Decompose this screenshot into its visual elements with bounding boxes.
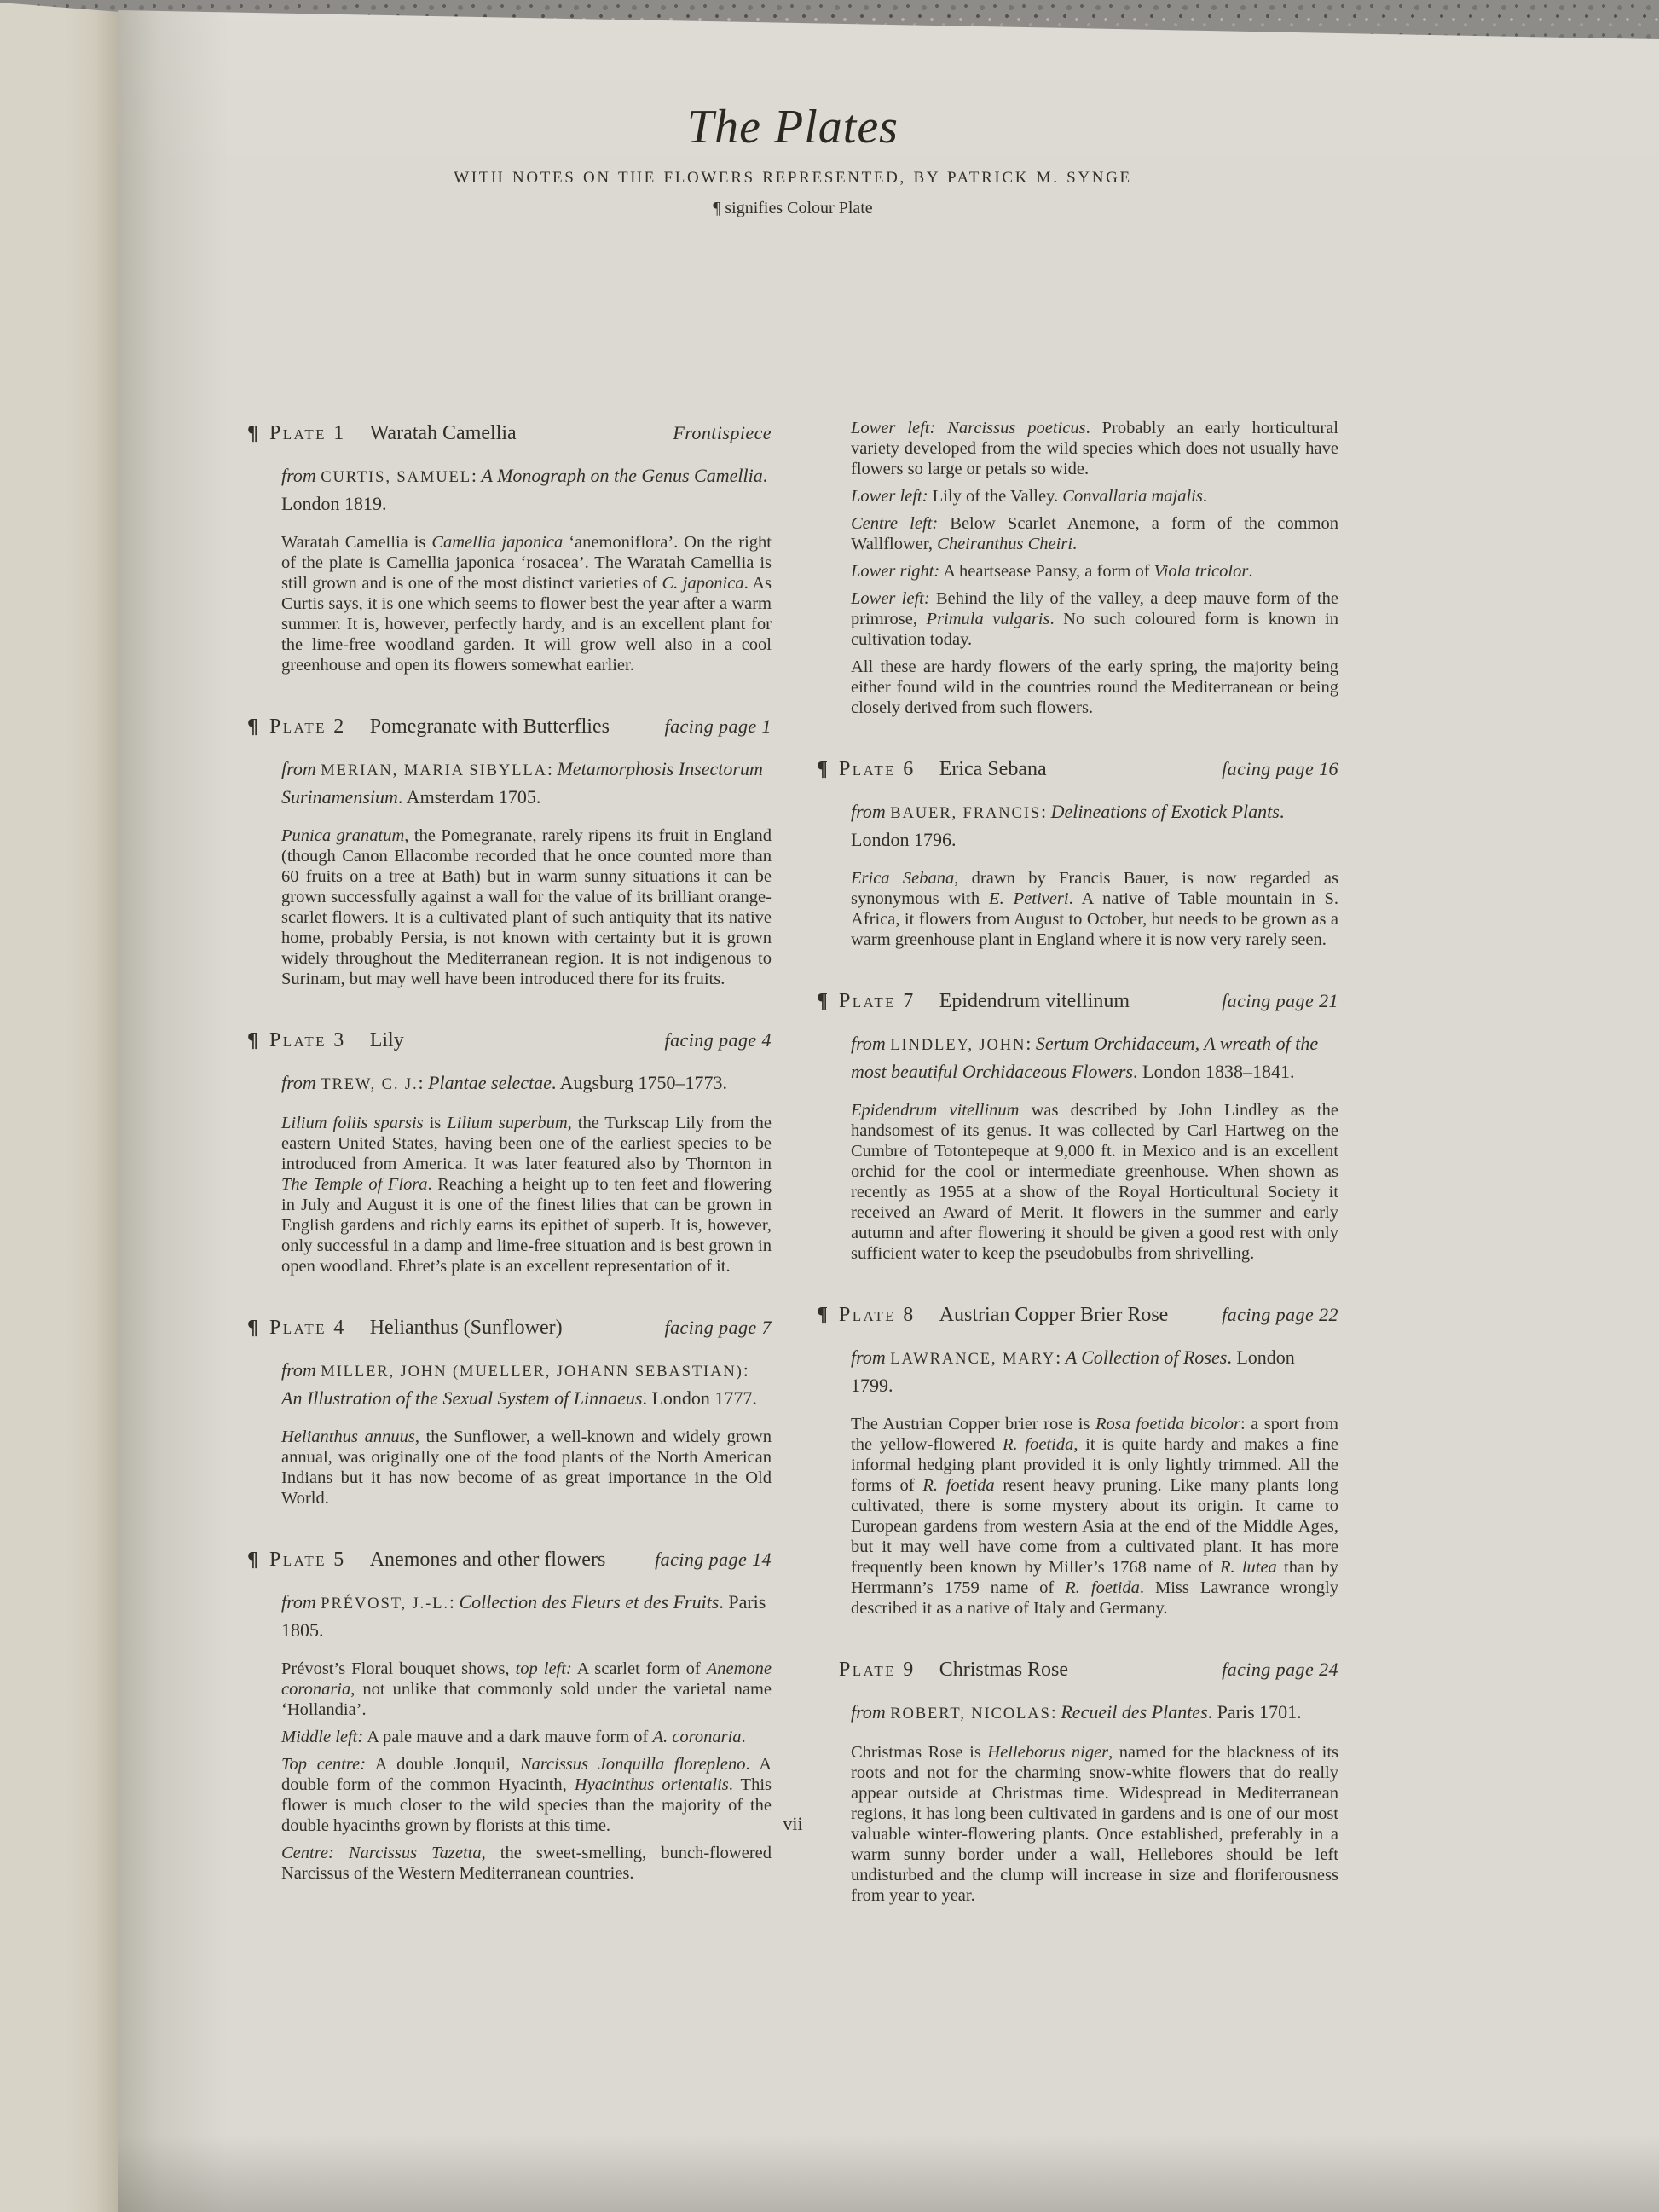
- plate-facing-page: facing page 22: [1222, 1303, 1338, 1327]
- plate-body: Prévost’s Floral bouquet shows, top left…: [281, 1659, 772, 1884]
- book-photo: The Plates WITH NOTES ON THE FLOWERS REP…: [0, 0, 1659, 2212]
- plate-number: Plate 5: [269, 1548, 346, 1572]
- plate-title: Erica Sebana: [939, 757, 1047, 781]
- plate-facing-page: facing page 24: [1222, 1658, 1338, 1682]
- plate-source: from LINDLEY, JOHN: Sertum Orchidaceum, …: [851, 1030, 1338, 1085]
- plate-paragraph: Epidendrum vitellinum was described by J…: [851, 1100, 1338, 1264]
- plate-heading: ¶ Plate 7 Epidendrum vitellinum facing p…: [817, 989, 1338, 1013]
- plate-columns: ¶ Plate 1 Waratah Camellia Frontispiece …: [247, 402, 1338, 1906]
- plate-paragraph: Lower left: Narcissus poeticus. Probably…: [851, 418, 1338, 479]
- plate-facing-page: facing page 7: [665, 1316, 772, 1340]
- plate-heading: ¶ Plate 6 Erica Sebana facing page 16: [817, 757, 1338, 781]
- plate-heading: Plate 9 Christmas Rose facing page 24: [817, 1658, 1338, 1682]
- plate-5-continuation: Lower left: Narcissus poeticus. Probably…: [817, 418, 1338, 718]
- plate-body: Epidendrum vitellinum was described by J…: [851, 1100, 1338, 1264]
- plate-title: Lily: [370, 1028, 404, 1052]
- plate-title: Anemones and other flowers: [370, 1548, 606, 1572]
- plate-paragraph: Waratah Camellia is Camellia japonica ‘a…: [281, 532, 772, 675]
- column-left: ¶ Plate 1 Waratah Camellia Frontispiece …: [247, 402, 772, 1884]
- pilcrow-mark: ¶: [247, 715, 269, 738]
- plate-heading: ¶ Plate 3 Lily facing page 4: [247, 1028, 772, 1052]
- plate-paragraph: Lower left: Behind the lily of the valle…: [851, 588, 1338, 650]
- plate-source: from MERIAN, MARIA SIBYLLA: Metamorphosi…: [281, 756, 772, 810]
- plate-7: ¶ Plate 7 Epidendrum vitellinum facing p…: [817, 989, 1338, 1264]
- plate-title: Waratah Camellia: [370, 421, 517, 445]
- plate-number: Plate 8: [839, 1303, 916, 1327]
- plate-title: Pomegranate with Butterflies: [370, 715, 610, 738]
- page-title: The Plates: [247, 101, 1338, 153]
- plate-paragraph: Centre left: Below Scarlet Anemone, a fo…: [851, 513, 1338, 554]
- plate-facing-page: facing page 4: [665, 1028, 772, 1052]
- plate-8: ¶ Plate 8 Austrian Copper Brier Rose fac…: [817, 1303, 1338, 1618]
- plate-number: Plate 9: [839, 1658, 916, 1682]
- plate-title: Helianthus (Sunflower): [370, 1316, 563, 1340]
- plate-body: The Austrian Copper brier rose is Rosa f…: [851, 1414, 1338, 1618]
- plate-source: from MILLER, JOHN (MUELLER, JOHANN SEBAS…: [281, 1357, 772, 1411]
- plate-title: Christmas Rose: [939, 1658, 1068, 1682]
- plate-number: Plate 1: [269, 421, 346, 445]
- pilcrow-mark: ¶: [817, 757, 839, 781]
- plate-2: ¶ Plate 2 Pomegranate with Butterflies f…: [247, 715, 772, 989]
- colour-plate-legend: ¶ signifies Colour Plate: [247, 198, 1338, 218]
- plate-number: Plate 3: [269, 1028, 346, 1052]
- plate-paragraph: Prévost’s Floral bouquet shows, top left…: [281, 1659, 772, 1720]
- plate-title: Epidendrum vitellinum: [939, 989, 1130, 1013]
- plate-number: Plate 6: [839, 757, 916, 781]
- plate-number: Plate 4: [269, 1316, 346, 1340]
- plate-facing-page: Frontispiece: [673, 421, 772, 445]
- plate-body: Helianthus annuus, the Sunflower, a well…: [281, 1427, 772, 1508]
- plate-4: ¶ Plate 4 Helianthus (Sunflower) facing …: [247, 1316, 772, 1508]
- column-right: Lower left: Narcissus poeticus. Probably…: [817, 402, 1338, 1906]
- page-number: vii: [247, 1813, 1338, 1835]
- page-content: The Plates WITH NOTES ON THE FLOWERS REP…: [247, 0, 1338, 1906]
- plate-facing-page: facing page 1: [665, 715, 772, 738]
- plate-body: Erica Sebana, drawn by Francis Bauer, is…: [851, 868, 1338, 950]
- pilcrow-mark: ¶: [247, 1548, 269, 1572]
- book-page: The Plates WITH NOTES ON THE FLOWERS REP…: [118, 0, 1659, 2212]
- plate-heading: ¶ Plate 2 Pomegranate with Butterflies f…: [247, 715, 772, 738]
- pilcrow-mark: ¶: [817, 1303, 839, 1327]
- plate-paragraph: Lilium foliis sparsis is Lilium superbum…: [281, 1113, 772, 1277]
- underlying-page-edge: [0, 0, 119, 2212]
- plate-body: Lilium foliis sparsis is Lilium superbum…: [281, 1113, 772, 1277]
- plate-paragraph: Middle left: A pale mauve and a dark mau…: [281, 1727, 772, 1747]
- plate-facing-page: facing page 21: [1222, 989, 1338, 1013]
- plate-heading: ¶ Plate 8 Austrian Copper Brier Rose fac…: [817, 1303, 1338, 1327]
- plate-source: from PRÉVOST, J.-L.: Collection des Fleu…: [281, 1589, 772, 1643]
- plate-source: from ROBERT, NICOLAS: Recueil des Plante…: [851, 1699, 1338, 1727]
- plate-body: Lower left: Narcissus poeticus. Probably…: [851, 418, 1338, 718]
- pilcrow-mark: ¶: [247, 1316, 269, 1340]
- plate-6: ¶ Plate 6 Erica Sebana facing page 16 fr…: [817, 757, 1338, 950]
- plate-source: from TREW, C. J.: Plantae selectae. Augs…: [281, 1069, 772, 1097]
- plate-heading: ¶ Plate 5 Anemones and other flowers fac…: [247, 1548, 772, 1572]
- plate-9: Plate 9 Christmas Rose facing page 24 fr…: [817, 1658, 1338, 1906]
- plate-title: Austrian Copper Brier Rose: [939, 1303, 1169, 1327]
- plate-paragraph: Centre: Narcissus Tazetta, the sweet-sme…: [281, 1843, 772, 1884]
- plate-heading: ¶ Plate 1 Waratah Camellia Frontispiece: [247, 421, 772, 445]
- plate-number: Plate 7: [839, 989, 916, 1013]
- plate-paragraph: The Austrian Copper brier rose is Rosa f…: [851, 1414, 1338, 1618]
- plate-paragraph: Lower left: Lily of the Valley. Convalla…: [851, 486, 1338, 507]
- plate-facing-page: facing page 14: [655, 1548, 772, 1572]
- plate-paragraph: Lower right: A heartsease Pansy, a form …: [851, 561, 1338, 582]
- plate-paragraph: Helianthus annuus, the Sunflower, a well…: [281, 1427, 772, 1508]
- plate-1: ¶ Plate 1 Waratah Camellia Frontispiece …: [247, 421, 772, 675]
- pilcrow-mark: ¶: [817, 989, 839, 1013]
- plate-body: Waratah Camellia is Camellia japonica ‘a…: [281, 532, 772, 675]
- plate-source: from BAUER, FRANCIS: Delineations of Exo…: [851, 798, 1338, 853]
- plate-paragraph: Punica granatum, the Pomegranate, rarely…: [281, 825, 772, 989]
- plate-body: Punica granatum, the Pomegranate, rarely…: [281, 825, 772, 989]
- plate-facing-page: facing page 16: [1222, 757, 1338, 781]
- plate-paragraph: Erica Sebana, drawn by Francis Bauer, is…: [851, 868, 1338, 950]
- plate-3: ¶ Plate 3 Lily facing page 4 from TREW, …: [247, 1028, 772, 1277]
- plate-heading: ¶ Plate 4 Helianthus (Sunflower) facing …: [247, 1316, 772, 1340]
- plate-number: Plate 2: [269, 715, 346, 738]
- page-subtitle: WITH NOTES ON THE FLOWERS REPRESENTED, B…: [247, 169, 1338, 188]
- plate-source: from LAWRANCE, MARY: A Collection of Ros…: [851, 1344, 1338, 1398]
- pilcrow-mark: ¶: [247, 1028, 269, 1052]
- plate-source: from CURTIS, SAMUEL: A Monograph on the …: [281, 462, 772, 517]
- plate-paragraph: All these are hardy flowers of the early…: [851, 657, 1338, 718]
- pilcrow-mark: ¶: [247, 421, 269, 445]
